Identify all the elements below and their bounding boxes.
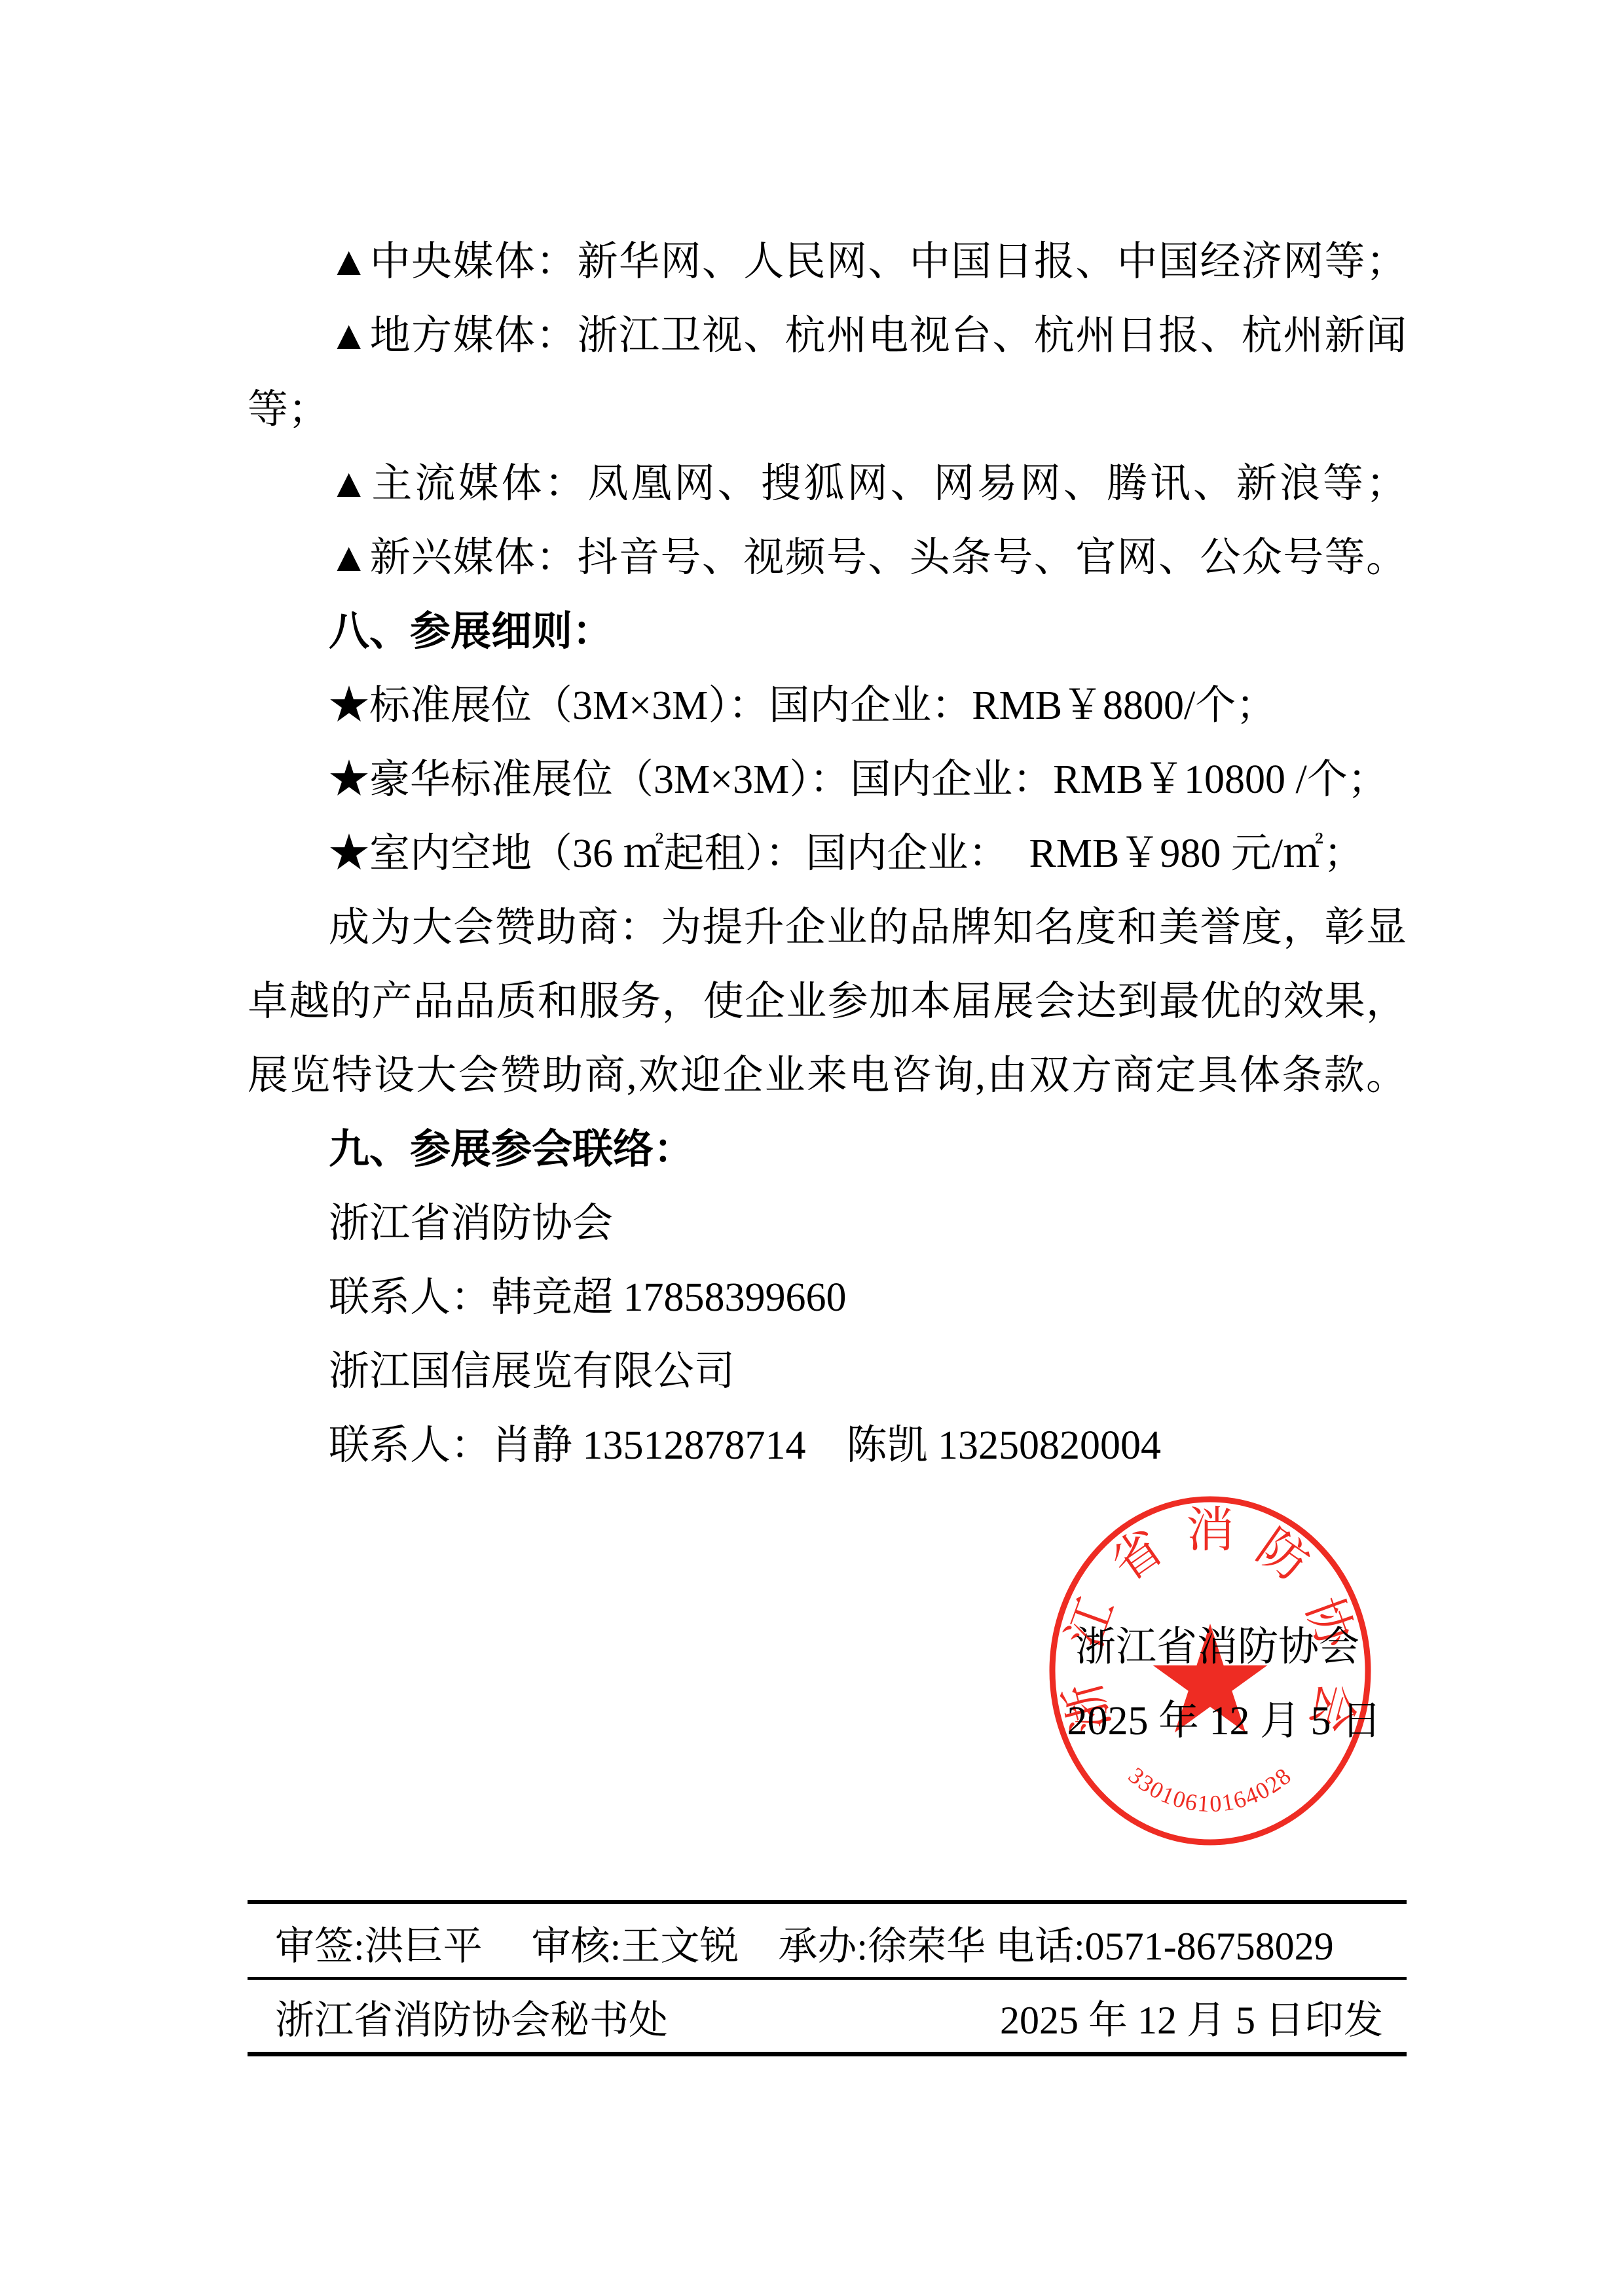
footer-print-date: 2025 年 12 月 5 日印发 — [1000, 1984, 1383, 2058]
seal-code: 33010610164028 — [1124, 1762, 1297, 1817]
body-line: ▲地方媒体：浙江卫视、杭州电视台、杭州日报、杭州新闻 — [248, 299, 1407, 373]
signature-date: 2025 年 12 月 5 日 — [1067, 1685, 1382, 1758]
body-line: 等； — [248, 373, 1407, 447]
footer-approval-line: 审签:洪巨平 审核:王文锐 承办:徐荣华 电话:0571-86758029 — [275, 1910, 1388, 1984]
footer-issuer-row: 浙江省消防协会秘书处 2025 年 12 月 5 日印发 — [275, 1984, 1383, 2058]
footer-issuer: 浙江省消防协会秘书处 — [275, 1984, 668, 2058]
footer-rule-bottom — [248, 2052, 1407, 2056]
body-line: ★豪华标准展位（3M×3M）：国内企业：RMB￥10800 /个； — [248, 743, 1407, 817]
footer-rule-top — [248, 1900, 1407, 1904]
body-line: 联系人：韩竞超 17858399660 — [248, 1261, 1407, 1335]
body-line: ▲中央媒体：新华网、人民网、中国日报、中国经济网等； — [248, 225, 1407, 299]
footer-rule-middle — [248, 1977, 1407, 1980]
body-line: 九、参展参会联络： — [248, 1113, 1407, 1187]
seal-ring-char: 防 — [1247, 1520, 1318, 1592]
body-line: 联系人：肖静 13512878714 陈凯 13250820004 — [248, 1409, 1407, 1483]
body-lines: ▲中央媒体：新华网、人民网、中国日报、中国经济网等；▲地方媒体：浙江卫视、杭州电… — [248, 225, 1407, 1483]
body-line: 展览特设大会赞助商,欢迎企业来电咨询,由双方商定具体条款。 — [248, 1039, 1407, 1113]
body-line: ★标准展位（3M×3M）：国内企业：RMB￥8800/个； — [248, 669, 1407, 743]
body-line: 浙江省消防协会 — [248, 1187, 1407, 1261]
signature-org: 浙江省消防协会 — [1067, 1611, 1382, 1685]
document-page: ▲中央媒体：新华网、人民网、中国日报、中国经济网等；▲地方媒体：浙江卫视、杭州电… — [0, 0, 1624, 2296]
seal-ring-char: 消 — [1186, 1504, 1234, 1558]
seal-ring-char: 省 — [1102, 1520, 1173, 1592]
body-line: ▲主流媒体：凤凰网、搜狐网、网易网、腾讯、新浪等； — [248, 447, 1407, 521]
body-line: 八、参展细则： — [248, 595, 1407, 669]
body-line: 成为大会赞助商：为提升企业的品牌知名度和美誉度，彰显 — [248, 891, 1407, 965]
body-line: 卓越的产品品质和服务，使企业参加本届展会达到最优的效果， — [248, 965, 1407, 1039]
signature-block: 浙江省消防协会 2025 年 12 月 5 日 — [1067, 1611, 1382, 1758]
body-line: ★室内空地（36 ㎡起租）：国内企业： RMB￥980 元/㎡； — [248, 817, 1407, 891]
body-line: 浙江国信展览有限公司 — [248, 1335, 1407, 1409]
body-line: ▲新兴媒体：抖音号、视频号、头条号、官网、公众号等。 — [248, 521, 1407, 595]
